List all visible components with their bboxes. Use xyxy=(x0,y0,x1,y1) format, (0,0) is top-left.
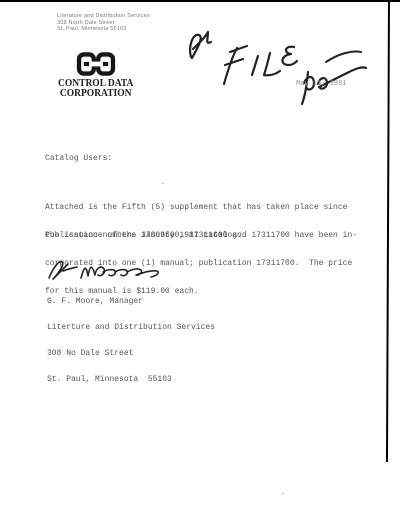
scanned-letter-page: Literature and Distribution Services 308… xyxy=(0,0,400,518)
signature-street-line: 308 No Dale Street xyxy=(47,350,215,359)
control-data-logo-icon xyxy=(76,50,116,78)
paragraph-1-line1: Attached is the Fifth (5) supplement tha… xyxy=(45,203,347,212)
letterhead-address-line2: 308 North Dale Street xyxy=(57,20,150,27)
scan-edge-right xyxy=(386,1,390,462)
signature-name-line: G. F. Moore, Manager xyxy=(47,298,215,307)
handwritten-signature xyxy=(45,256,163,284)
letter-date: May 15, 1981 xyxy=(296,80,346,89)
scan-speck xyxy=(96,352,98,353)
signature-block: G. F. Moore, Manager Literture and Distr… xyxy=(47,281,215,401)
scan-speck xyxy=(282,493,284,494)
company-wordmark-line2: CORPORATION xyxy=(52,89,139,99)
handwritten-file-note xyxy=(180,26,368,106)
salutation: Catalog Users: xyxy=(45,154,112,163)
scan-speck xyxy=(162,183,164,184)
company-wordmark: CONTROL DATA CORPORATION xyxy=(52,79,139,98)
signature-city-line: St. Paul, Minnesota 55103 xyxy=(47,376,215,385)
letterhead-address-line1: Literature and Distribution Services xyxy=(57,13,150,20)
letterhead-address: Literature and Distribution Services 308… xyxy=(57,13,150,33)
scan-edge-top xyxy=(0,0,400,2)
paragraph-2-line1: Publication numbers 17309500, 17311600 a… xyxy=(45,231,357,240)
letterhead-address-line3: St. Paul, Minnesota 55103 xyxy=(57,26,150,33)
signature-dept-line: Literture and Distribution Services xyxy=(47,324,215,333)
